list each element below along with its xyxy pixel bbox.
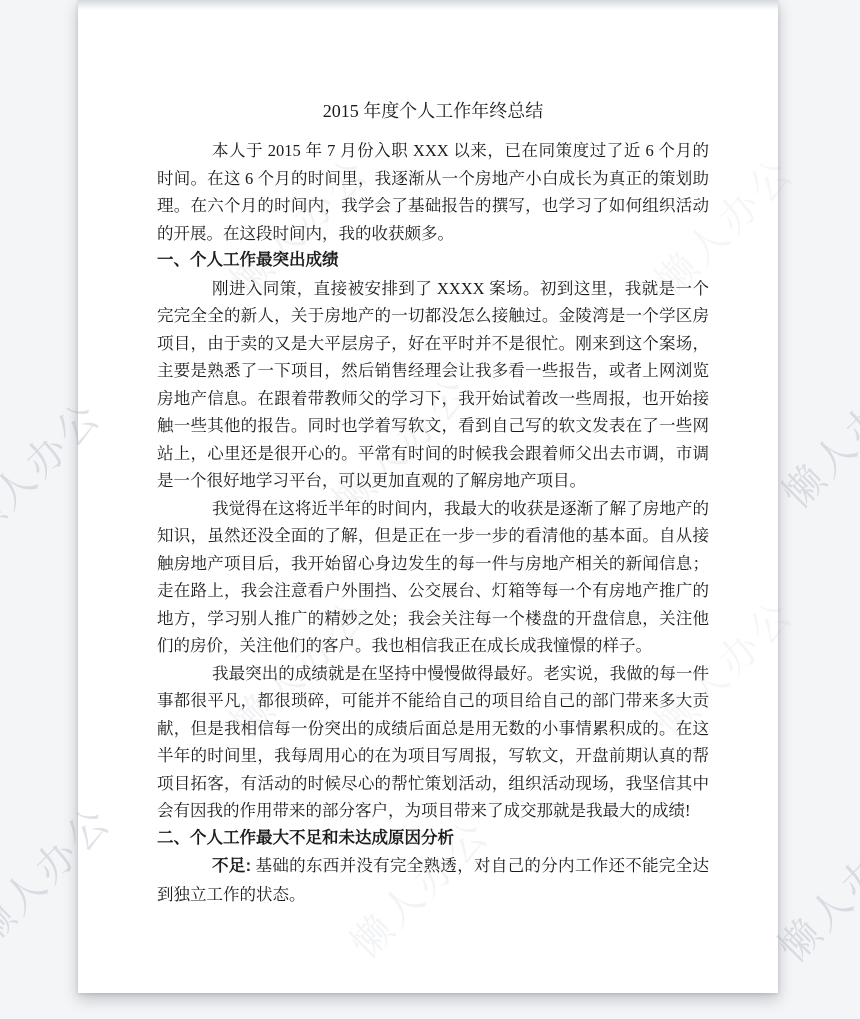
screenshot-root: { "document": { "title": "2015 年度个人工作年终总…	[0, 0, 860, 1019]
heading-section-1: 一、个人工作最突出成绩	[157, 247, 709, 275]
document-page: 2015 年度个人工作年终总结 本人于 2015 年 7 月份入职 XXX 以来…	[78, 0, 778, 993]
paragraph-section-2-a: 不足: 基础的东西并没有完全熟透，对自己的分内工作还不能完全达到独立工作的状态。	[157, 852, 709, 908]
paragraph-section-1-a: 刚进入同策，直接被安排到了 XXXX 案场。初到这里，我就是一个完完全全的新人，…	[157, 275, 709, 495]
watermark-text: 懒人办公	[768, 354, 860, 519]
page-canvas: 2015 年度个人工作年终总结 本人于 2015 年 7 月份入职 XXX 以来…	[0, 0, 860, 1019]
paragraph-section-1-b: 我觉得在这将近半年的时间内，我最大的收获是逐渐了解了房地产的知识，虽然还没全面的…	[157, 495, 709, 660]
paragraph-intro: 本人于 2015 年 7 月份入职 XXX 以来，已在同策度过了近 6 个月的时…	[157, 137, 709, 247]
document-body: 2015 年度个人工作年终总结 本人于 2015 年 7 月份入职 XXX 以来…	[157, 96, 709, 908]
shortcoming-label: 不足:	[212, 857, 251, 875]
heading-section-2: 二、个人工作最大不足和未达成原因分析	[157, 825, 709, 853]
watermark-text: 懒人办公	[764, 808, 860, 973]
document-title: 2015 年度个人工作年终总结	[157, 96, 709, 126]
paragraph-section-1-c: 我最突出的成绩就是在坚持中慢慢做得最好。老实说，我做的每一件事都很平凡，都很琐碎…	[157, 660, 709, 825]
